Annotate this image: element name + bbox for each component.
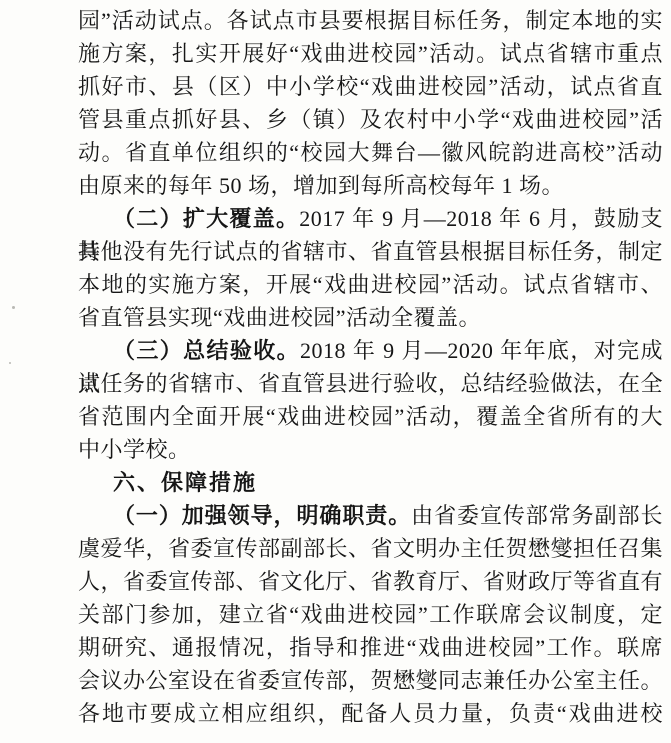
body-text: 会议办公室设在省委宣传部，贺懋燮同志兼任办公室主任。 <box>78 668 663 693</box>
text-line: 动。省直单位组织的“校园大舞台—徽风皖韵进高校”活动 <box>78 136 663 169</box>
scan-speckle <box>9 362 11 364</box>
body-text: 中小学校。 <box>78 437 191 462</box>
body-text: 虞爱华，省委宣传部副部长、省文明办主任贺懋燮担任召集 <box>78 536 663 561</box>
body-text: 其他没有先行试点的省辖市、省直管县根据目标任务，制定 <box>78 239 663 264</box>
subheading-text: （一）加强领导，明确职责。 <box>113 503 411 528</box>
text-line: 管县重点抓好县、乡（镇）及农村中小学“戏曲进校园”活 <box>78 103 663 136</box>
text-line: 人，省委宣传部、省文化厅、省教育厅、省财政厅等省直有 <box>78 565 663 598</box>
body-text: 由原来的每年 50 场，增加到每所高校每年 1 场。 <box>78 173 564 198</box>
text-line: 省直管县实现“戏曲进校园”活动全覆盖。 <box>78 301 663 334</box>
text-line: 由原来的每年 50 场，增加到每所高校每年 1 场。 <box>78 169 663 202</box>
body-text: 抓好市、县（区）中小学校“戏曲进校园”活动，试点省直 <box>78 74 663 99</box>
text-line: 本地的实施方案，开展“戏曲进校园”活动。试点省辖市、 <box>78 268 663 301</box>
text-line: 虞爱华，省委宣传部副部长、省文明办主任贺懋燮担任召集 <box>78 532 663 565</box>
section-heading-text: 六、保障措施 <box>113 470 257 495</box>
subheading-text: （三）总结验收。 <box>113 338 300 363</box>
text-line: 抓好市、县（区）中小学校“戏曲进校园”活动，试点省直 <box>78 70 663 103</box>
text-line: 各地市要成立相应组织，配备人员力量，负责“戏曲进校 <box>78 697 663 730</box>
document-page: 园”活动试点。各试点市县要根据目标任务，制定本地的实施方案，扎实开展好“戏曲进校… <box>0 0 671 743</box>
body-text: 省直管县实现“戏曲进校园”活动全覆盖。 <box>78 305 481 330</box>
text-line: 中小学校。 <box>78 433 663 466</box>
body-text: 园”活动试点。各试点市县要根据目标任务，制定本地的实 <box>78 8 663 33</box>
body-text: 各地市要成立相应组织，配备人员力量，负责“戏曲进校 <box>78 701 663 726</box>
body-text: 省范围内全面开展“戏曲进校园”活动，覆盖全省所有的大 <box>78 404 663 429</box>
text-line: 施方案，扎实开展好“戏曲进校园”活动。试点省辖市重点 <box>78 37 663 70</box>
text-line: 期研究、通报情况，指导和推进“戏曲进校园”工作。联席 <box>78 631 663 664</box>
body-text: 动。省直单位组织的“校园大舞台—徽风皖韵进高校”活动 <box>78 140 663 165</box>
body-text: 管县重点抓好县、乡（镇）及农村中小学“戏曲进校园”活 <box>78 107 663 132</box>
body-text: 本地的实施方案，开展“戏曲进校园”活动。试点省辖市、 <box>78 272 663 297</box>
text-line: 关部门参加，建立省“戏曲进校园”工作联席会议制度，定 <box>78 598 663 631</box>
text-line: 点任务的省辖市、省直管县进行验收，总结经验做法，在全 <box>78 367 663 400</box>
text-line: （一）加强领导，明确职责。由省委宣传部常务副部长 <box>78 499 663 532</box>
body-text: 施方案，扎实开展好“戏曲进校园”活动。试点省辖市重点 <box>78 41 663 66</box>
body-text: 由省委宣传部常务副部长 <box>411 503 663 528</box>
text-line: （三）总结验收。2018 年 9 月—2020 年年底，对完成试 <box>78 334 663 367</box>
body-text: 人，省委宣传部、省文化厅、省教育厅、省财政厅等省直有 <box>78 569 663 594</box>
body-text: 关部门参加，建立省“戏曲进校园”工作联席会议制度，定 <box>78 602 663 627</box>
subheading-text: （二）扩大覆盖。 <box>113 206 299 231</box>
text-line: 省范围内全面开展“戏曲进校园”活动，覆盖全省所有的大 <box>78 400 663 433</box>
text-line: （二）扩大覆盖。2017 年 9 月—2018 年 6 月，鼓励支持 <box>78 202 663 235</box>
text-line: 其他没有先行试点的省辖市、省直管县根据目标任务，制定 <box>78 235 663 268</box>
scan-speckle <box>12 306 15 309</box>
text-line: 六、保障措施 <box>78 466 663 499</box>
text-block: 园”活动试点。各试点市县要根据目标任务，制定本地的实施方案，扎实开展好“戏曲进校… <box>78 4 663 730</box>
text-line: 园”活动试点。各试点市县要根据目标任务，制定本地的实 <box>78 4 663 37</box>
body-text: 期研究、通报情况，指导和推进“戏曲进校园”工作。联席 <box>78 635 663 660</box>
body-text: 点任务的省辖市、省直管县进行验收，总结经验做法，在全 <box>78 371 663 396</box>
text-line: 会议办公室设在省委宣传部，贺懋燮同志兼任办公室主任。 <box>78 664 663 697</box>
